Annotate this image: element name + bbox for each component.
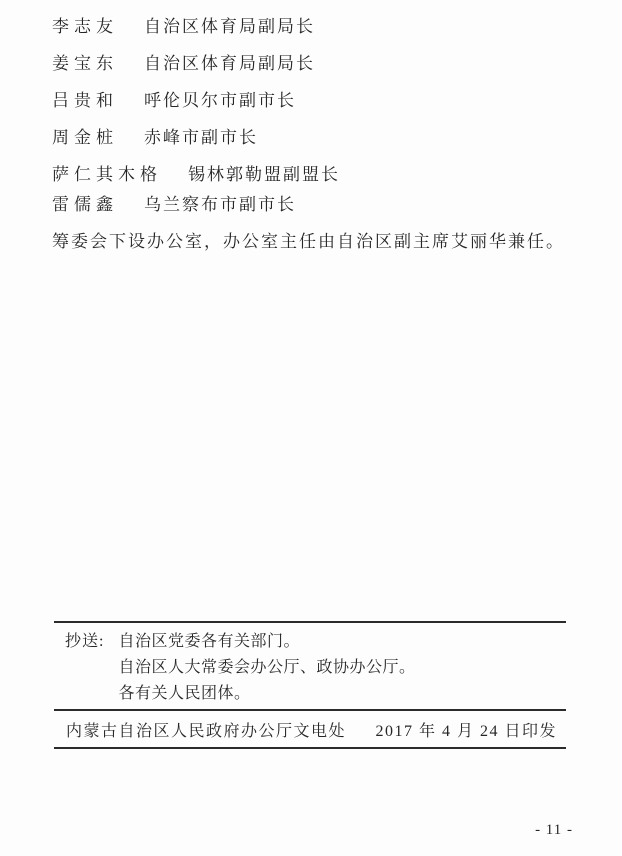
- official-name: 姜宝东: [52, 53, 118, 74]
- official-name: 吕贵和: [52, 90, 118, 111]
- imprint-row: 内蒙古自治区人民政府办公厅文电处 2017 年 4 月 24 日印发: [54, 711, 566, 749]
- official-name: 周金桩: [52, 127, 118, 148]
- imprint-date: 2017 年 4 月 24 日印发: [375, 718, 557, 741]
- roster-row: 姜宝东 自治区体育局副局长: [52, 53, 602, 74]
- copy-line: 自治区人大常委会办公厅、政协办公厅。: [118, 655, 415, 681]
- roster-row: 周金桩 赤峰市副市长: [52, 127, 602, 148]
- closing-paragraph: 筹委会下设办公室，办公室主任由自治区副主席艾丽华兼任。: [52, 231, 602, 252]
- imprint-issuer: 内蒙古自治区人民政府办公厅文电处: [66, 718, 346, 741]
- official-title: 锡林郭勒盟副盟长: [188, 164, 340, 185]
- roster-row: 李志友 自治区体育局副局长: [52, 16, 602, 37]
- copy-line: 自治区党委各有关部门。: [118, 629, 415, 655]
- official-name: 萨仁其木格: [52, 164, 162, 185]
- copy-to-section: 抄送: 自治区党委各有关部门。 自治区人大常委会办公厅、政协办公厅。 各有关人民…: [54, 623, 566, 711]
- page-number: - 11 -: [535, 820, 573, 840]
- official-title: 自治区体育局副局长: [144, 53, 315, 74]
- official-title: 赤峰市副市长: [144, 127, 258, 148]
- copy-to-label: 抄送:: [65, 629, 104, 655]
- roster-row: 吕贵和 呼伦贝尔市副市长: [52, 90, 602, 111]
- official-title: 呼伦贝尔市副市长: [144, 90, 296, 111]
- roster-row: 雷儒鑫 乌兰察布市副市长: [52, 194, 602, 215]
- distribution-imprint-box: 抄送: 自治区党委各有关部门。 自治区人大常委会办公厅、政协办公厅。 各有关人民…: [54, 621, 566, 749]
- official-name: 雷儒鑫: [52, 194, 118, 215]
- roster: 李志友 自治区体育局副局长 姜宝东 自治区体育局副局长 吕贵和 呼伦贝尔市副市长…: [52, 16, 602, 252]
- official-name: 李志友: [52, 16, 118, 37]
- roster-row: 萨仁其木格 锡林郭勒盟副盟长: [52, 164, 602, 185]
- official-title: 自治区体育局副局长: [144, 16, 315, 37]
- copy-to-lines: 自治区党委各有关部门。 自治区人大常委会办公厅、政协办公厅。 各有关人民团体。: [118, 629, 415, 707]
- copy-line: 各有关人民团体。: [118, 681, 415, 707]
- document-page: 李志友 自治区体育局副局长 姜宝东 自治区体育局副局长 吕贵和 呼伦贝尔市副市长…: [0, 0, 622, 856]
- official-title: 乌兰察布市副市长: [144, 194, 296, 215]
